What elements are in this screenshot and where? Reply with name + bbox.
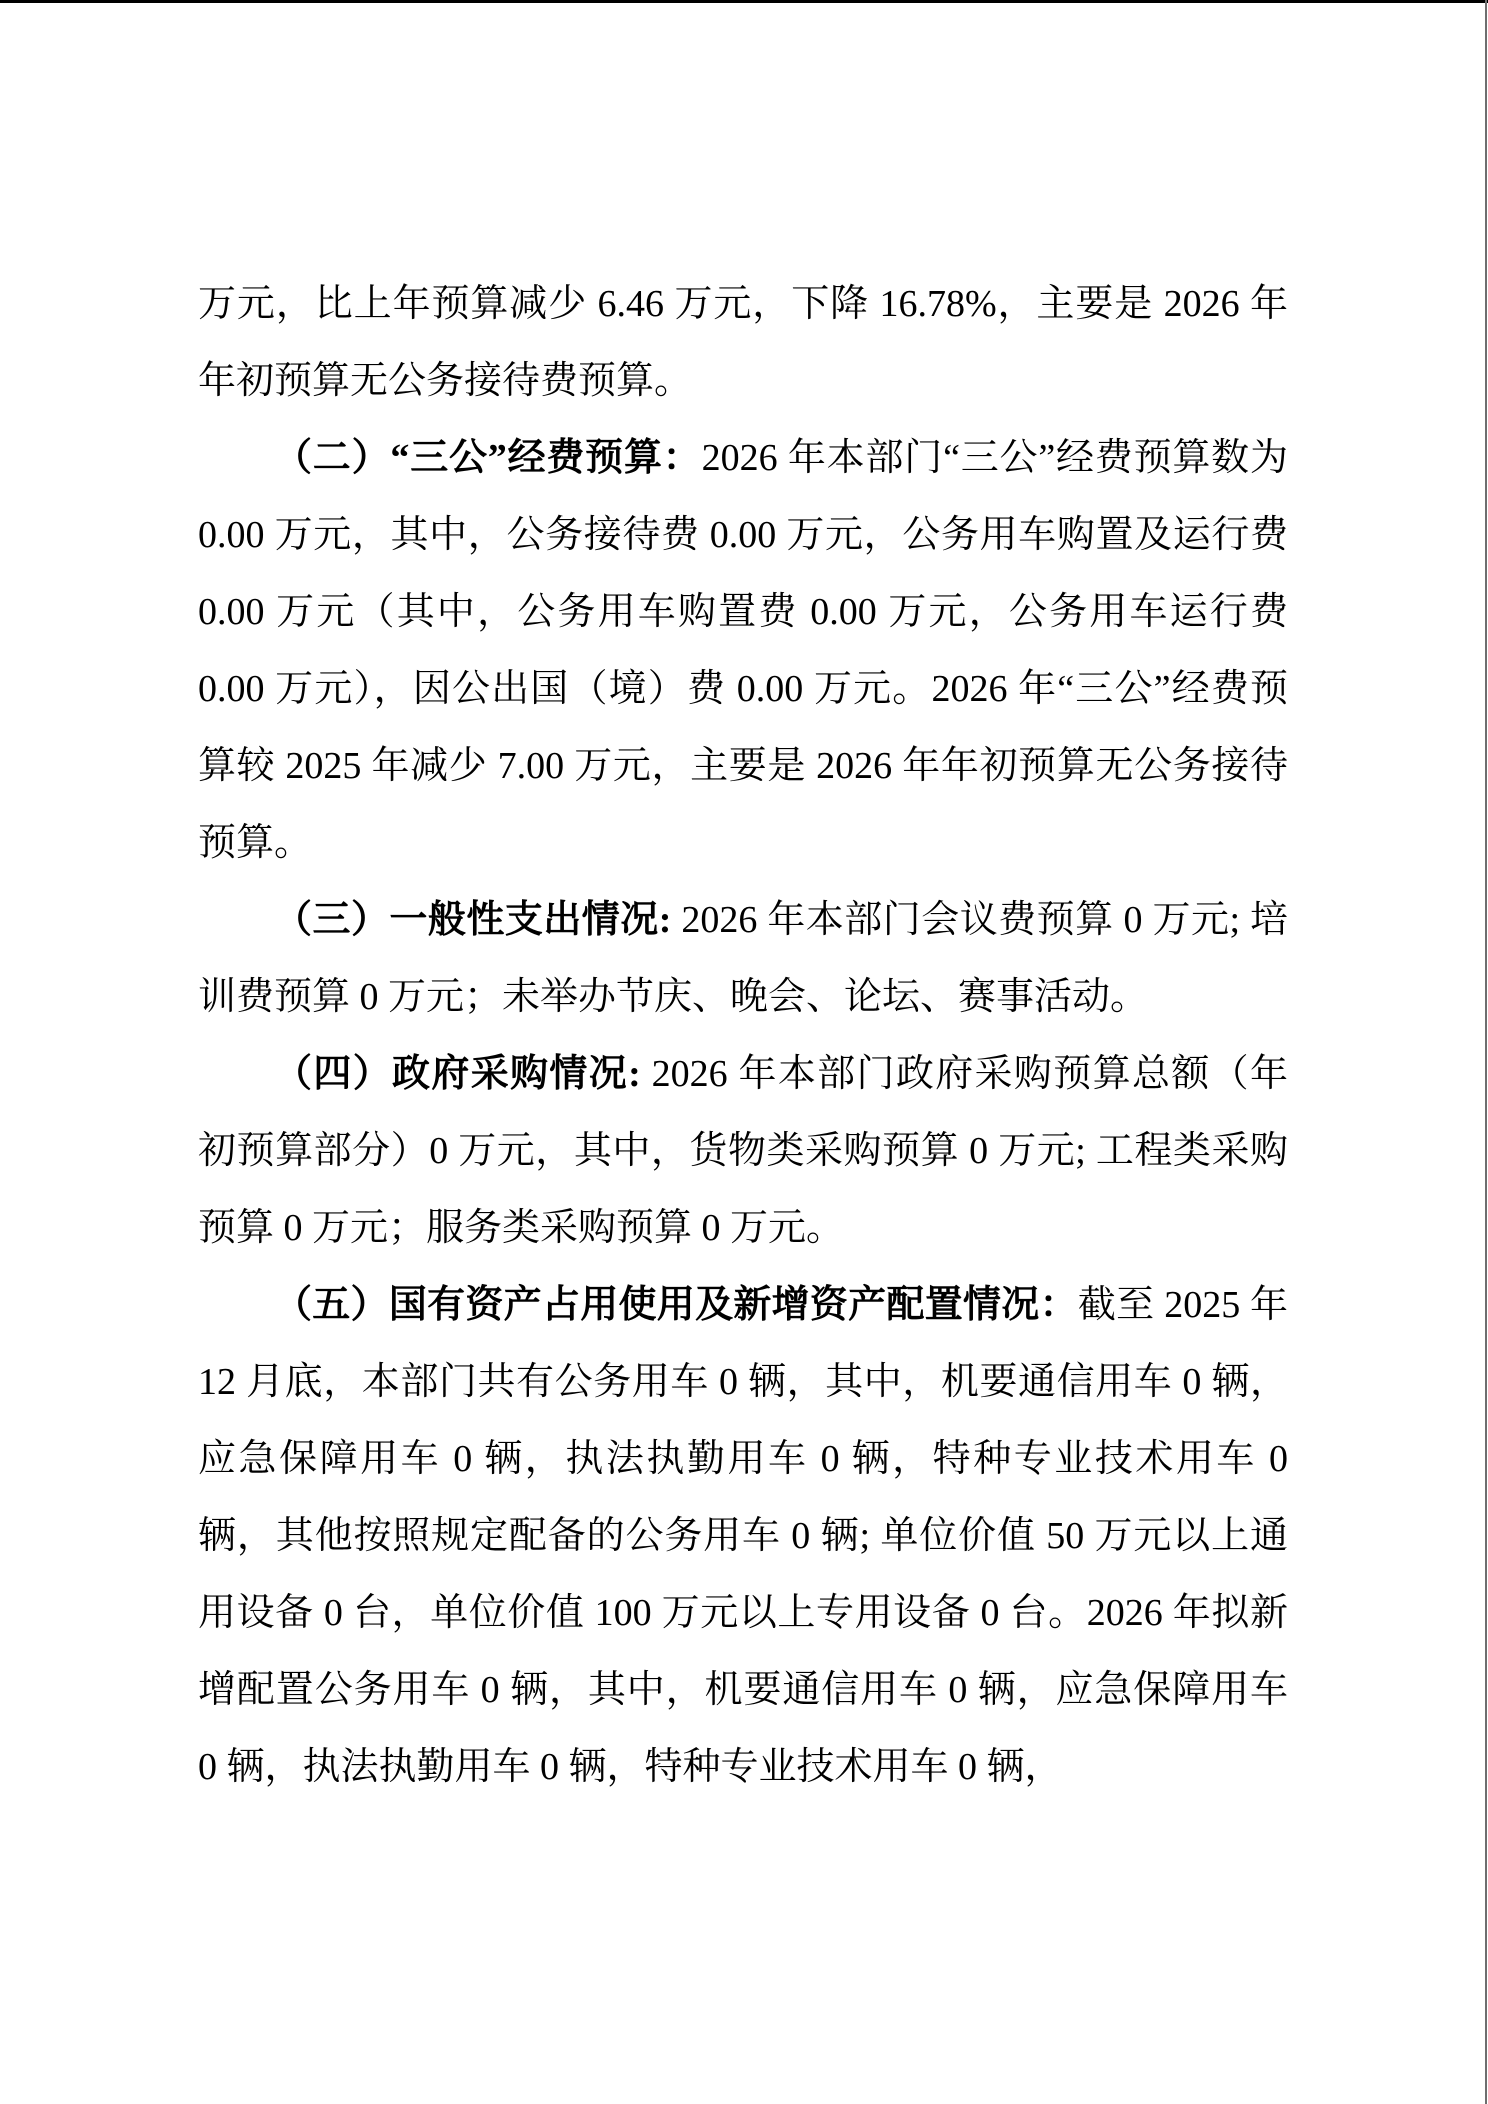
paragraph-continuation: 万元，比上年预算减少 6.46 万元，下降 16.78%，主要是 2026 年年…	[198, 266, 1288, 420]
paragraph-heading: （五）国有资产占用使用及新增资产配置情况：	[274, 1284, 1078, 1326]
document-body: 万元，比上年预算减少 6.46 万元，下降 16.78%，主要是 2026 年年…	[198, 266, 1288, 1806]
paragraph-section-3: （三）一般性支出情况: 2026 年本部门会议费预算 0 万元; 培训费预算 0…	[198, 882, 1288, 1036]
paragraph-heading: （三）一般性支出情况:	[274, 899, 671, 941]
paragraph-section-5: （五）国有资产占用使用及新增资产配置情况：截至 2025 年 12 月底，本部门…	[198, 1267, 1288, 1806]
page-top-border	[0, 0, 1488, 3]
paragraph-section-2: （二）“三公”经费预算：2026 年本部门“三公”经费预算数为 0.00 万元，…	[198, 420, 1288, 882]
paragraph-text: 万元，比上年预算减少 6.46 万元，下降 16.78%，主要是 2026 年年…	[198, 283, 1288, 402]
paragraph-section-4: （四）政府采购情况: 2026 年本部门政府采购预算总额（年初预算部分）0 万元…	[198, 1036, 1288, 1267]
paragraph-text: 2026 年本部门“三公”经费预算数为 0.00 万元，其中，公务接待费 0.0…	[198, 437, 1288, 864]
document-page: 万元，比上年预算减少 6.46 万元，下降 16.78%，主要是 2026 年年…	[0, 0, 1488, 2104]
paragraph-heading: （二）“三公”经费预算：	[274, 437, 702, 479]
page-right-border	[1485, 0, 1487, 2104]
paragraph-text: 截至 2025 年 12 月底，本部门共有公务用车 0 辆，其中，机要通信用车 …	[198, 1284, 1288, 1788]
paragraph-heading: （四）政府采购情况:	[274, 1053, 641, 1095]
